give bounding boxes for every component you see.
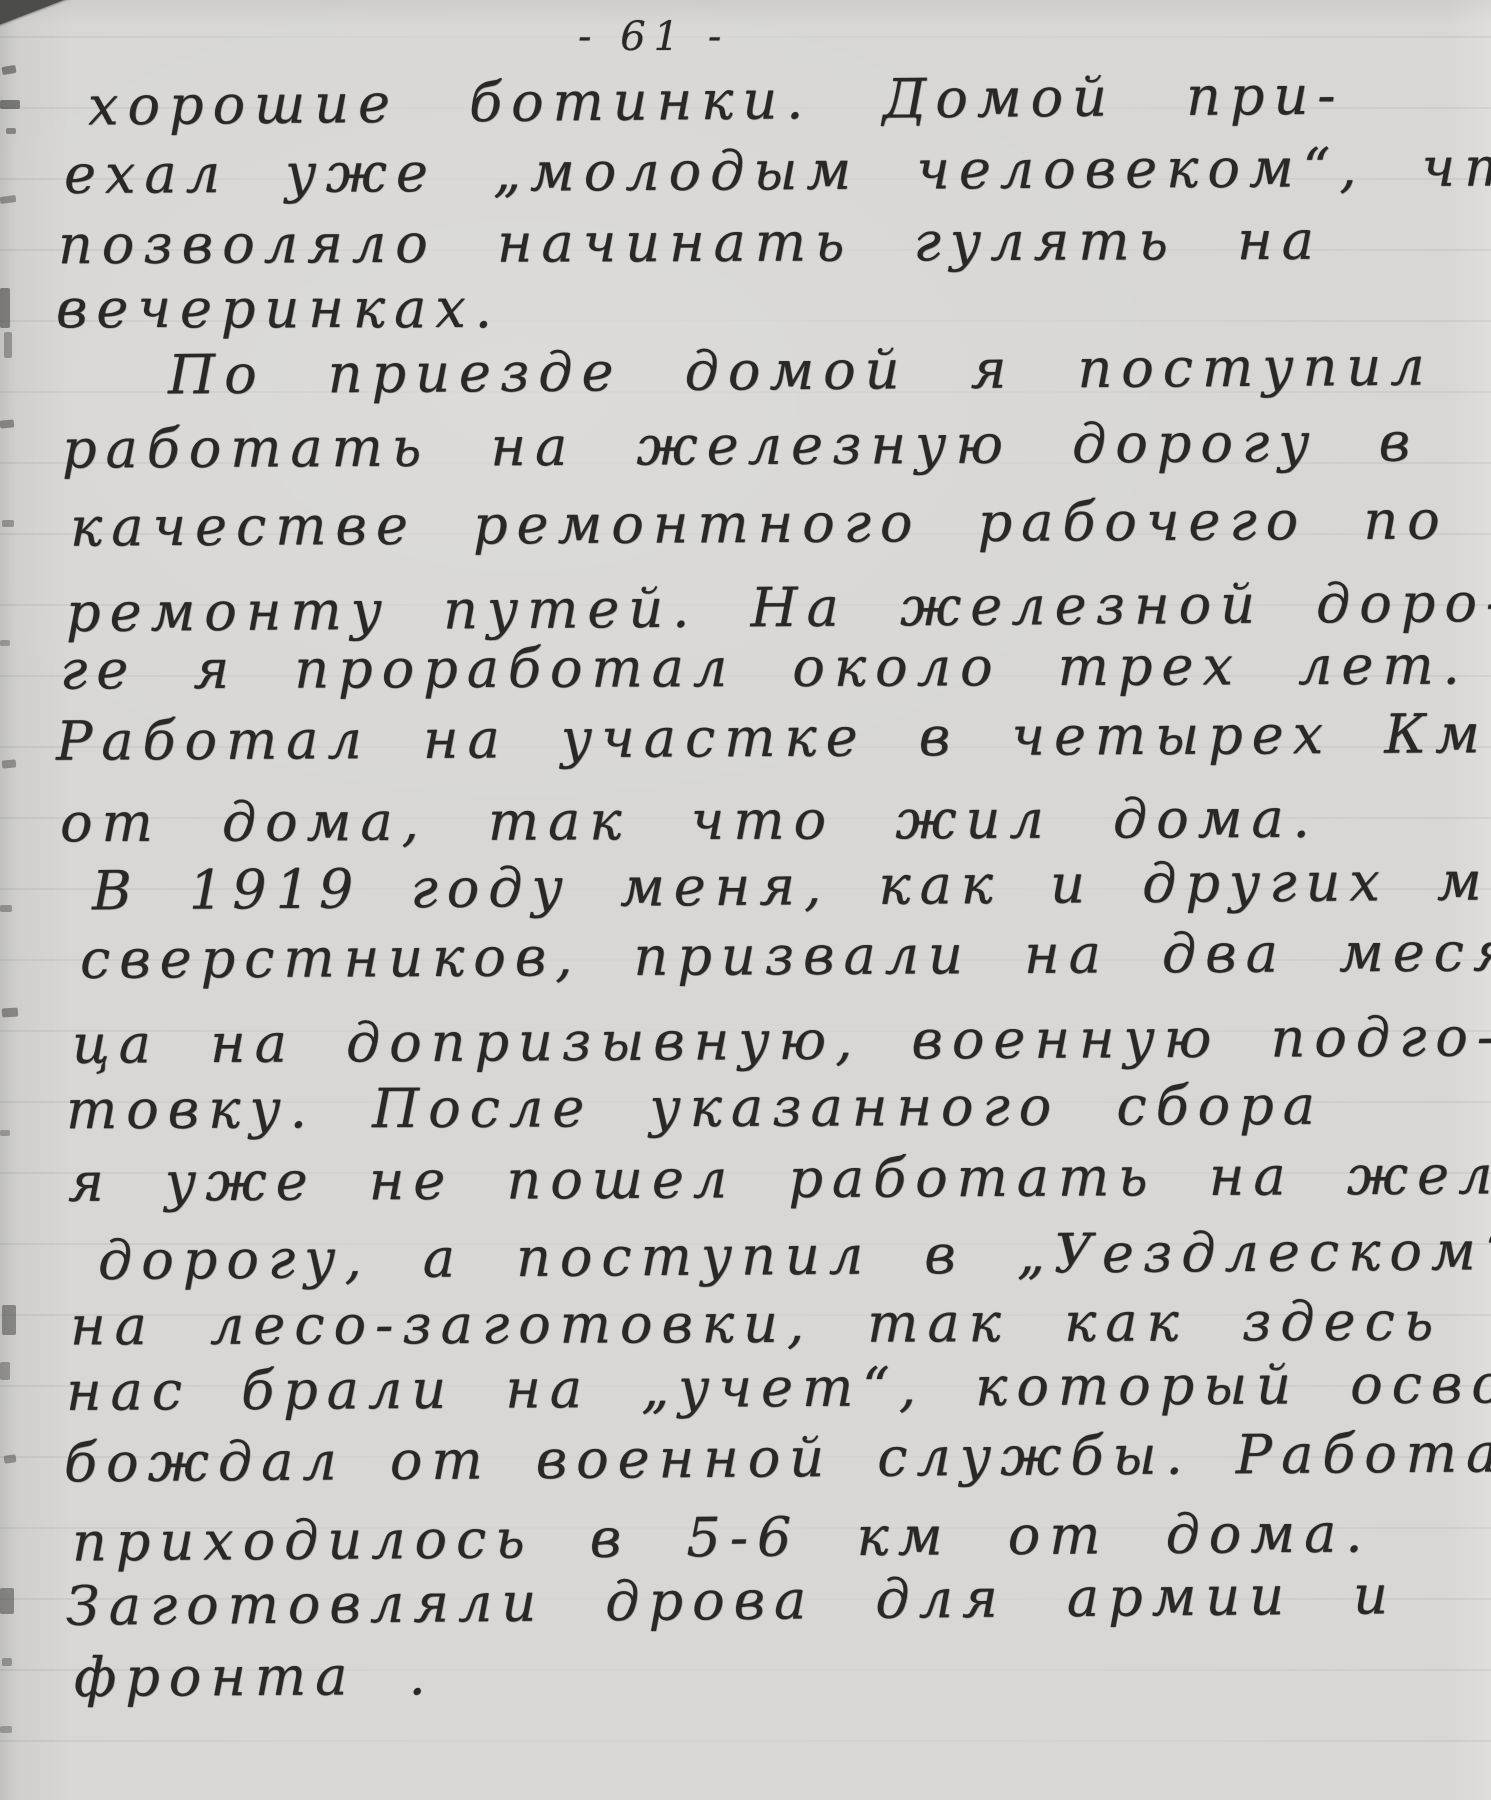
scan-speck [0, 905, 12, 912]
handwritten-line: на лесо-заготовки, так как здесь [70, 1295, 1442, 1354]
handwritten-line: бождал от военной службы. Работать [64, 1426, 1491, 1491]
scan-speck [4, 332, 12, 358]
scan-speck [0, 288, 10, 328]
scan-speck [0, 1588, 14, 1614]
handwritten-line: приходилось в 5-6 км от дома. [72, 1506, 1372, 1569]
scan-speck [4, 1454, 17, 1464]
handwritten-line: По приезде домой я поступил [168, 340, 1434, 403]
scan-speck [0, 1726, 12, 1733]
scan-speck [0, 100, 20, 109]
scan-speck [2, 1007, 19, 1017]
scan-speck [2, 1305, 16, 1335]
handwritten-line: ге я проработал около трех лет. [60, 639, 1469, 698]
handwritten-line: В 1919 году меня, как и других моих [92, 854, 1491, 919]
scanned-page: - 61 - хорошие ботинки. Домой при-ехал у… [0, 0, 1491, 1800]
scan-speck [2, 520, 14, 527]
handwritten-line: от дома, так что жил дома. [60, 792, 1319, 850]
handwritten-line: сверстников, призвали на два меся- [80, 925, 1491, 987]
handwritten-line: ремонту путей. На железной доро- [66, 576, 1491, 640]
scan-speck [2, 759, 17, 768]
scan-speck [0, 1130, 10, 1136]
handwritten-line: Заготовляли дрова для армии и [66, 1568, 1397, 1634]
handwritten-line: товку. После указанного сбора [66, 1079, 1324, 1137]
handwritten-line: ца на допризывную, военную подго- [72, 1010, 1491, 1071]
handwritten-line: работать на железную дорогу в [62, 415, 1419, 476]
scan-speck [0, 419, 14, 428]
handwritten-line: вечеринках. [56, 282, 501, 336]
handwritten-line: Работал на участке в четырех Км [56, 707, 1489, 769]
handwritten-line: хорошие ботинки. Домой при- [88, 69, 1345, 134]
handwritten-line: я уже не пошел работать на жел. [68, 1148, 1491, 1210]
scan-speck [0, 1362, 10, 1380]
handwritten-line: качестве ремонтного рабочего по [70, 493, 1449, 554]
handwritten-line: фронта . [74, 1649, 435, 1705]
handwritten-line: ехал уже „молодым человеком“, что [64, 140, 1491, 202]
handwritten-line: дорогу, а поступил в „Уездлеском“ [98, 1224, 1491, 1288]
handwritten-line: позволяло начинать гулять на [58, 214, 1323, 272]
page-number: - 61 - [578, 14, 729, 60]
handwritten-line: нас брали на „учет“, который осво- [66, 1357, 1491, 1419]
scan-speck [2, 1658, 12, 1666]
scan-speck [6, 128, 16, 134]
scan-speck [0, 640, 10, 646]
